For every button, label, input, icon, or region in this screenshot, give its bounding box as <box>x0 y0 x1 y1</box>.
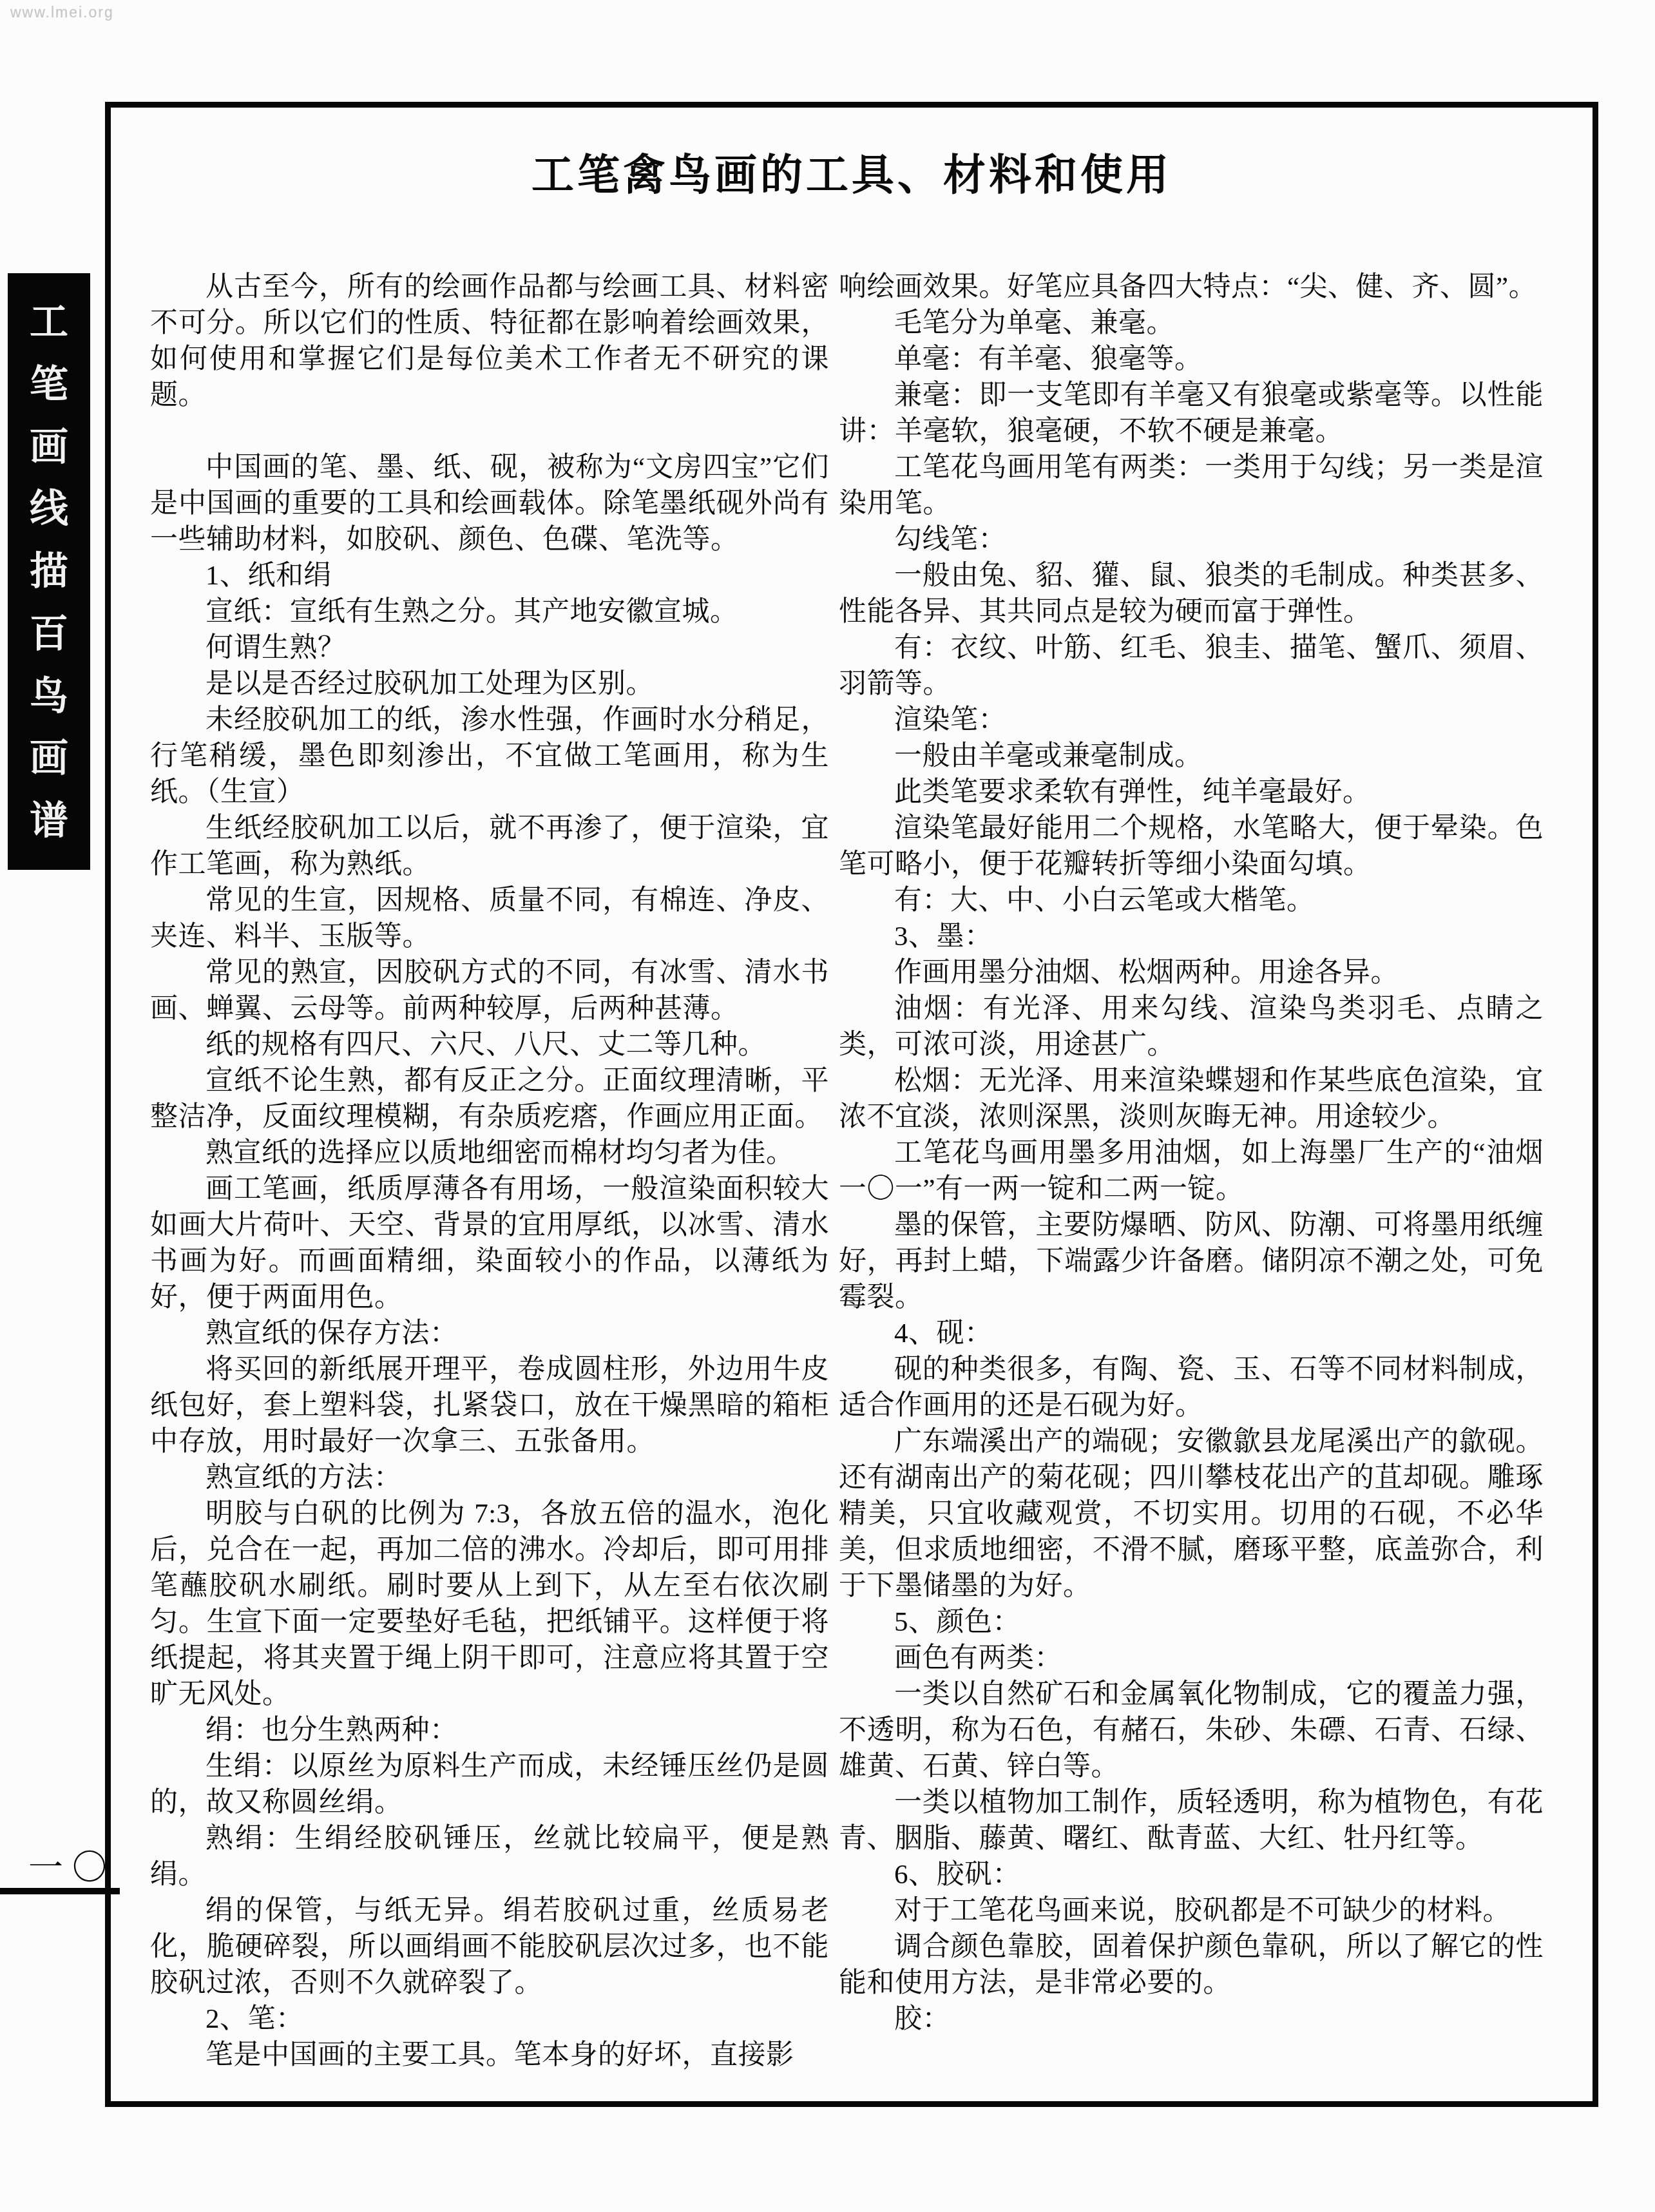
paragraph: 中国画的笔、墨、纸、砚，被称为“文房四宝”它们是中国画的重要的工具和绘画载体。除… <box>150 450 829 558</box>
paragraph: 4、砚： <box>839 1316 1544 1352</box>
paragraph: 毛笔分为单毫、兼毫。 <box>839 305 1544 341</box>
sidebar-series-char: 线 <box>30 490 68 528</box>
paragraph: 响绘画效果。好笔应具备四大特点：“尖、健、齐、圆”。 <box>839 269 1544 305</box>
paragraph: 熟宣纸的选择应以质地细密而棉材均匀者为佳。 <box>150 1135 829 1171</box>
paragraph: 有：大、中、小白云笔或大楷笔。 <box>839 883 1544 919</box>
paragraph: 笔是中国画的主要工具。笔本身的好坏，直接影 <box>150 2037 829 2073</box>
paragraph: 胶： <box>839 2001 1544 2037</box>
paragraph: 熟宣纸的保存方法： <box>150 1316 829 1352</box>
sidebar-series-char: 描 <box>30 552 68 591</box>
sidebar-series-banner: 工笔画线描百鸟画谱 <box>8 273 90 870</box>
page-number: 一〇 <box>28 1840 116 1890</box>
paragraph: 画工笔画，纸质厚薄各有用场，一般渲染面积较大如画大片荷叶、天空、背景的宜用厚纸，… <box>150 1171 829 1316</box>
paragraph: 砚的种类很多，有陶、瓷、玉、石等不同材料制成，适合作画用的还是石砚为好。 <box>839 1352 1544 1424</box>
paragraph: 何谓生熟？ <box>150 630 829 666</box>
paragraph: 工笔花鸟画用墨多用油烟，如上海墨厂生产的“油烟一〇一”有一两一锭和二两一锭。 <box>839 1135 1544 1207</box>
paragraph: 从古至今，所有的绘画作品都与绘画工具、材料密不可分。所以它们的性质、特征都在影响… <box>150 269 829 414</box>
paragraph: 广东端溪出产的端砚；安徽歙县龙尾溪出产的歙砚。还有湖南出产的菊花砚；四川攀枝花出… <box>839 1424 1544 1604</box>
right-column: 响绘画效果。好笔应具备四大特点：“尖、健、齐、圆”。毛笔分为单毫、兼毫。单毫：有… <box>839 269 1544 2037</box>
paragraph: 2、笔： <box>150 2001 829 2037</box>
sidebar-series-char: 百 <box>30 615 68 653</box>
paragraph: 调合颜色靠胶，固着保护颜色靠矾，所以了解它的性能和使用方法，是非常必要的。 <box>839 1929 1544 2001</box>
paragraph: 3、墨： <box>839 919 1544 955</box>
paragraph: 一般由羊毫或兼毫制成。 <box>839 738 1544 774</box>
left-column: 从古至今，所有的绘画作品都与绘画工具、材料密不可分。所以它们的性质、特征都在影响… <box>150 269 829 2073</box>
sidebar-series-char: 鸟 <box>30 677 68 716</box>
paragraph: 画色有两类： <box>839 1640 1544 1677</box>
sidebar-series-char: 画 <box>30 739 68 778</box>
paragraph: 常见的生宣，因规格、质量不同，有棉连、净皮、夹连、料半、玉版等。 <box>150 883 829 955</box>
paragraph: 对于工笔花鸟画来说，胶矾都是不可缺少的材料。 <box>839 1893 1544 1929</box>
paragraph: 纸的规格有四尺、六尺、八尺、丈二等几种。 <box>150 1027 829 1063</box>
sidebar-series-char: 画 <box>30 428 68 466</box>
paragraph: 常见的熟宣，因胶矾方式的不同，有冰雪、清水书画、蝉翼、云母等。前两种较厚，后两种… <box>150 955 829 1027</box>
paragraph: 一类以植物加工制作，质轻透明，称为植物色，有花青、胭脂、藤黄、曙红、酞青蓝、大红… <box>839 1785 1544 1857</box>
paragraph: 有：衣纹、叶筋、红毛、狼圭、描笔、蟹爪、须眉、羽箭等。 <box>839 630 1544 702</box>
paragraph: 一般由兔、貂、獾、鼠、狼类的毛制成。种类甚多、性能各异、其共同点是较为硬而富于弹… <box>839 558 1544 630</box>
page-title: 工笔禽鸟画的工具、材料和使用 <box>105 140 1598 202</box>
paragraph: 未经胶矾加工的纸，渗水性强，作画时水分稍足，行笔稍缓，墨色即刻渗出，不宜做工笔画… <box>150 702 829 811</box>
paragraph: 渲染笔最好能用二个规格，水笔略大，便于晕染。色笔可略小，便于花瓣转折等细小染面勾… <box>839 811 1544 883</box>
paragraph: 是以是否经过胶矾加工处理为区别。 <box>150 666 829 702</box>
paragraph: 兼毫：即一支笔即有羊毫又有狼毫或紫毫等。以性能讲：羊毫软，狼毫硬，不软不硬是兼毫… <box>839 378 1544 450</box>
paragraph: 生纸经胶矾加工以后，就不再渗了，便于渲染，宜作工笔画，称为熟纸。 <box>150 811 829 883</box>
sidebar-series-char: 笔 <box>30 365 68 404</box>
paragraph: 工笔花鸟画用笔有两类：一类用于勾线；另一类是渲染用笔。 <box>839 450 1544 522</box>
paragraph: 1、纸和绢 <box>150 558 829 594</box>
watermark-url: www.lmei.org <box>10 4 114 21</box>
paragraph: 墨的保管，主要防爆晒、防风、防潮、可将墨用纸缠好，再封上蜡，下端露少许备磨。储阴… <box>839 1207 1544 1316</box>
paragraph: 熟绢：生绢经胶矾锤压，丝就比较扁平，便是熟绢。 <box>150 1821 829 1893</box>
paragraph: 生绢：以原丝为原料生产而成，未经锤压丝仍是圆的，故又称圆丝绢。 <box>150 1749 829 1821</box>
paragraph: 6、胶矾： <box>839 1857 1544 1893</box>
paragraph: 勾线笔： <box>839 522 1544 558</box>
paragraph: 此类笔要求柔软有弹性，纯羊毫最好。 <box>839 774 1544 811</box>
page-number-rule <box>0 1888 120 1894</box>
paragraph: 绢的保管，与纸无异。绢若胶矾过重，丝质易老化，脆硬碎裂，所以画绢画不能胶矾层次过… <box>150 1893 829 2001</box>
scanned-book-page: { "watermark": "www.lmei.org", "header":… <box>0 0 1655 2212</box>
paragraph: 绢：也分生熟两种： <box>150 1713 829 1749</box>
paragraph: 渲染笔： <box>839 702 1544 738</box>
paragraph: 单毫：有羊毫、狼毫等。 <box>839 341 1544 378</box>
paragraph: 松烟：无光泽、用来渲染蝶翅和作某些底色渲染，宜浓不宜淡，浓则深黑，淡则灰晦无神。… <box>839 1063 1544 1135</box>
sidebar-series-char: 工 <box>30 303 68 341</box>
paragraph: 作画用墨分油烟、松烟两种。用途各异。 <box>839 955 1544 991</box>
paragraph: 油烟：有光泽、用来勾线、渲染鸟类羽毛、点睛之类，可浓可淡，用途甚广。 <box>839 991 1544 1063</box>
paragraph: 宣纸不论生熟，都有反正之分。正面纹理清晰，平整洁净，反面纹理模糊，有杂质疙瘩，作… <box>150 1063 829 1135</box>
sidebar-series-char: 谱 <box>30 802 68 840</box>
paragraph: 熟宣纸的方法： <box>150 1460 829 1496</box>
paragraph: 宣纸：宣纸有生熟之分。其产地安徽宣城。 <box>150 594 829 630</box>
paragraph: 将买回的新纸展开理平，卷成圆柱形，外边用牛皮纸包好，套上塑料袋，扎紧袋口，放在干… <box>150 1352 829 1460</box>
paragraph: 5、颜色： <box>839 1604 1544 1640</box>
paragraph: 一类以自然矿石和金属氧化物制成，它的覆盖力强，不透明，称为石色，有赭石，朱砂、朱… <box>839 1677 1544 1785</box>
paragraph: 明胶与白矾的比例为 7:3，各放五倍的温水，泡化后，兑合在一起，再加二倍的沸水。… <box>150 1496 829 1713</box>
